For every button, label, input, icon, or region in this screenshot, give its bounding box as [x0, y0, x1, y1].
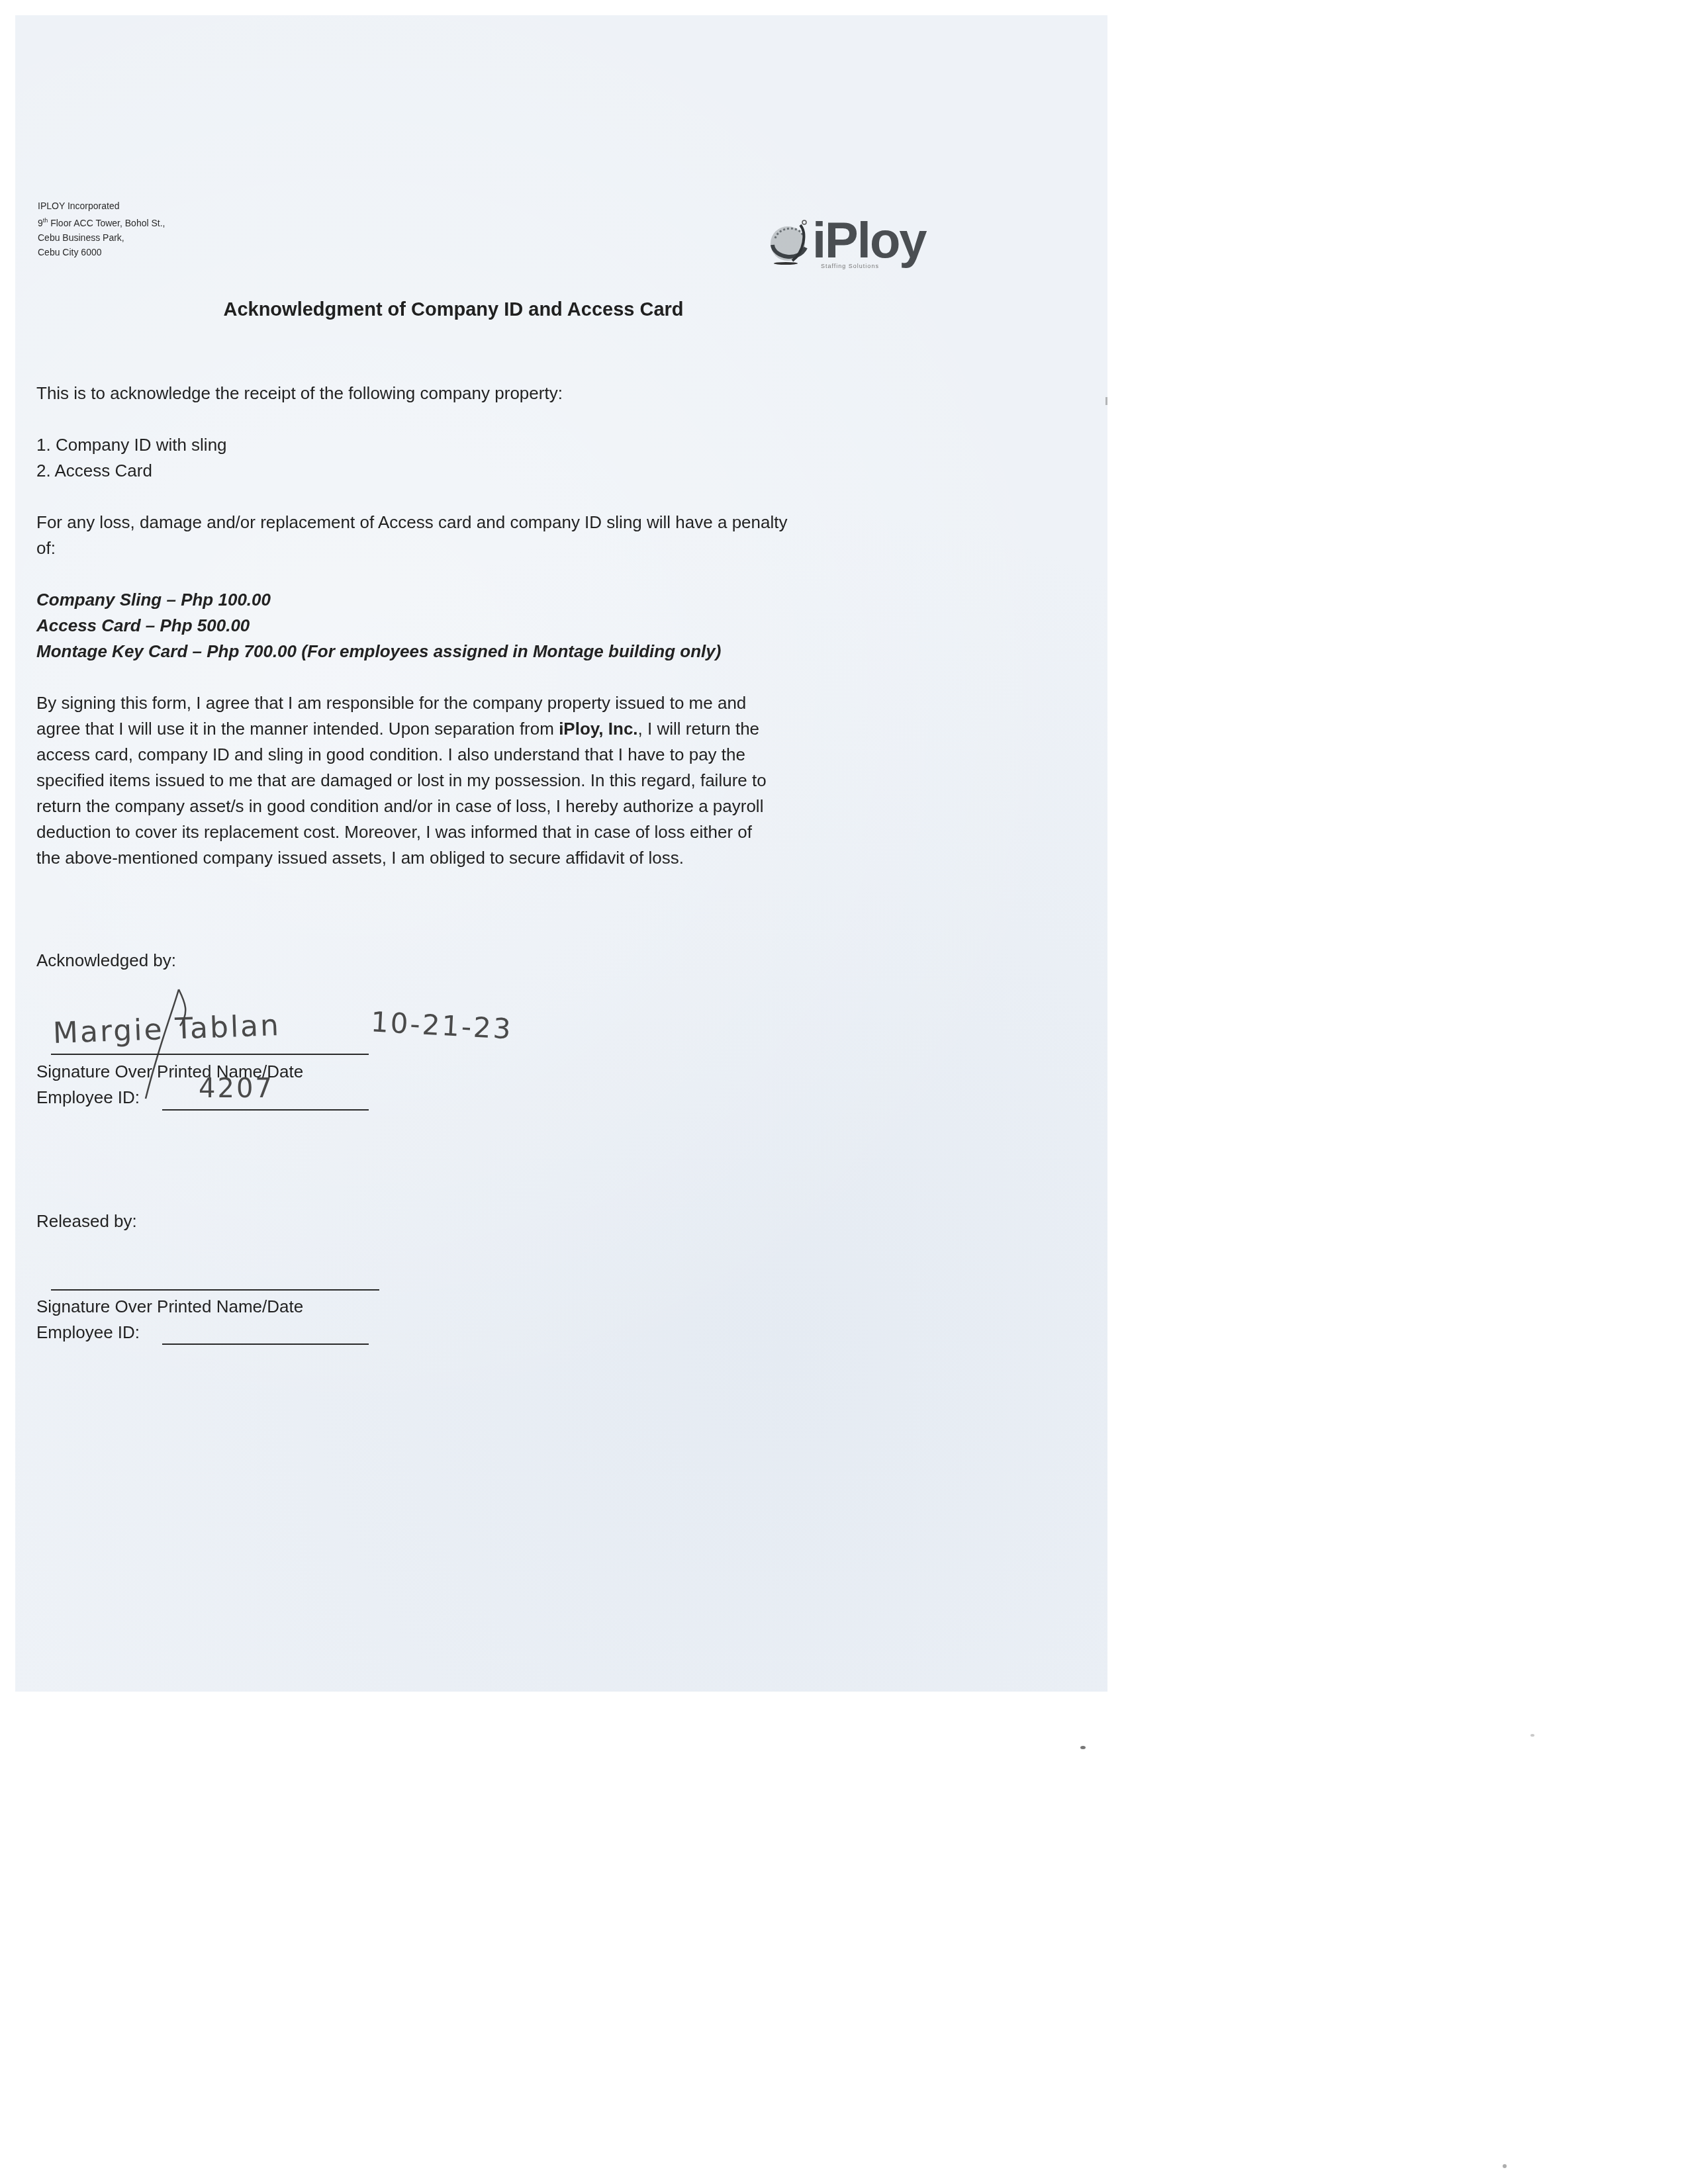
company-address: IPLOY Incorporated 9th Floor ACC Tower, …: [38, 199, 165, 259]
agreement-line-6: deduction to cover its replacement cost.…: [36, 819, 890, 845]
penalty-company-sling: Company Sling – Php 100.00: [36, 587, 890, 613]
agreement-line-5: return the company asset/s in good condi…: [36, 794, 890, 819]
address-line-city: Cebu City 6000: [38, 245, 165, 259]
acknowledged-employee-id-value: 4207: [199, 1073, 274, 1104]
globe-icon: [766, 218, 812, 265]
signature-stroke: [132, 986, 192, 1105]
logo-tagline: Staffing Solutions: [821, 263, 879, 269]
released-employee-id-line[interactable]: [162, 1343, 369, 1345]
penalty-access-card: Access Card – Php 500.00: [36, 613, 890, 639]
penalty-montage-key-card: Montage Key Card – Php 700.00 (For emplo…: [36, 639, 890, 664]
floor-number: 9: [38, 218, 43, 228]
scan-speck: [1530, 1734, 1534, 1737]
released-signature-line[interactable]: [51, 1289, 379, 1291]
floor-rest: Floor ACC Tower, Bohol St.,: [48, 218, 165, 228]
acknowledged-by-label: Acknowledged by:: [36, 948, 176, 974]
agreement-line-2-end: , I will return the: [638, 719, 760, 739]
agreement-line-1: By signing this form, I agree that I am …: [36, 690, 890, 716]
address-line-floor: 9th Floor ACC Tower, Bohol St.,: [38, 213, 165, 230]
company-name-bold: iPloy, Inc.: [559, 719, 637, 739]
scan-speck: [1080, 1746, 1086, 1749]
company-logo: iPloy Staffing Solutions: [746, 210, 938, 277]
agreement-line-2: agree that I will use it in the manner i…: [36, 716, 890, 742]
address-line-company: IPLOY Incorporated: [38, 199, 165, 213]
acknowledged-employee-id-line: [162, 1109, 369, 1111]
scan-speck: [1503, 2164, 1507, 2168]
item-company-id: 1. Company ID with sling: [36, 432, 890, 458]
item-access-card: 2. Access Card: [36, 458, 890, 484]
released-signature-caption: Signature Over Printed Name/Date: [36, 1294, 303, 1320]
address-line-park: Cebu Business Park,: [38, 230, 165, 245]
penalty-intro-line-1: For any loss, damage and/or replacement …: [36, 510, 890, 535]
agreement-line-7: the above-mentioned company issued asset…: [36, 845, 890, 871]
acknowledged-signature-line: [51, 1054, 369, 1055]
intro-text: This is to acknowledge the receipt of th…: [36, 381, 890, 406]
released-by-label: Released by:: [36, 1208, 137, 1234]
agreement-line-4: specified items issued to me that are da…: [36, 768, 890, 794]
released-employee-id-label: Employee ID:: [36, 1320, 140, 1345]
document-title: Acknowledgment of Company ID and Access …: [0, 299, 907, 321]
logo-brand-text: iPloy: [812, 214, 926, 267]
agreement-line-3: access card, company ID and sling in goo…: [36, 742, 890, 768]
penalty-intro-line-2: of:: [36, 535, 890, 561]
agreement-line-2-start: agree that I will use it in the manner i…: [36, 719, 559, 739]
scan-speck: [1105, 397, 1107, 405]
acknowledged-employee-id-label: Employee ID:: [36, 1085, 140, 1111]
